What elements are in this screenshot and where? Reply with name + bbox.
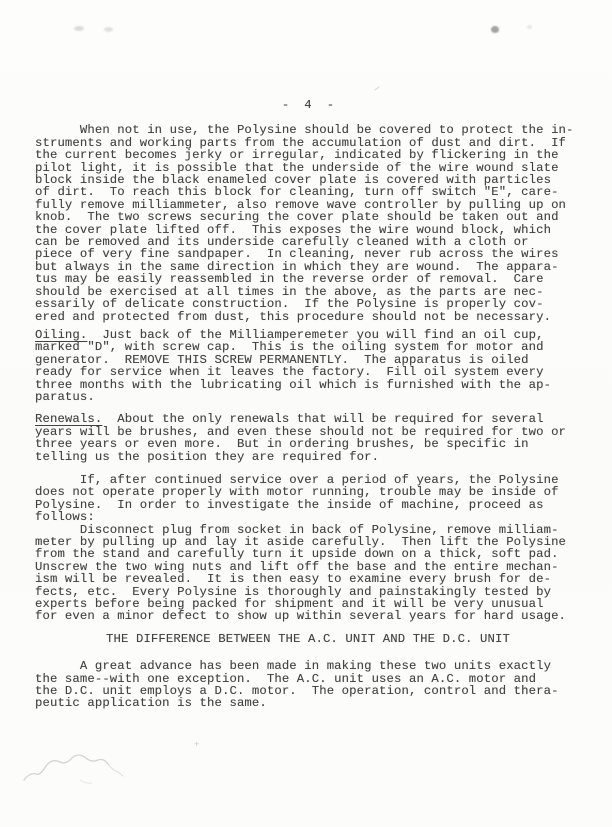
oiling-text: Just back of the Milliamperemeter you wi… [35, 328, 551, 404]
section-heading-ac-dc-difference: THE DIFFERENCE BETWEEN THE A.C. UNIT AND… [35, 633, 581, 645]
scanned-typewritten-page: { "page": { "number_label": "- 4 -", "he… [0, 0, 612, 827]
scan-smudge [491, 26, 499, 33]
paragraph-troubleshooting: If, after continued service over a perio… [35, 474, 581, 623]
paragraph-oiling: Oiling. Just back of the Milliamperemete… [35, 329, 581, 403]
pencil-scribble [20, 746, 140, 798]
page: - 4 - When not in use, the Polysine shou… [0, 0, 612, 827]
scan-tick-mark [374, 86, 379, 90]
renewals-text: About the only renewals that will be req… [35, 412, 566, 463]
scan-smudge [527, 25, 532, 29]
scan-smudge [74, 26, 84, 31]
page-number: - 4 - [35, 99, 581, 111]
paragraph-covering-and-cleaning: When not in use, the Polysine should be … [35, 124, 581, 323]
paragraph-renewals: Renewals. About the only renewals that w… [35, 413, 581, 463]
faint-plus-mark: + [194, 740, 199, 750]
scan-smudge [104, 27, 113, 32]
page-content: - 4 - When not in use, the Polysine shou… [35, 99, 581, 710]
paragraph-ac-dc-units: A great advance has been made in making … [35, 660, 581, 710]
